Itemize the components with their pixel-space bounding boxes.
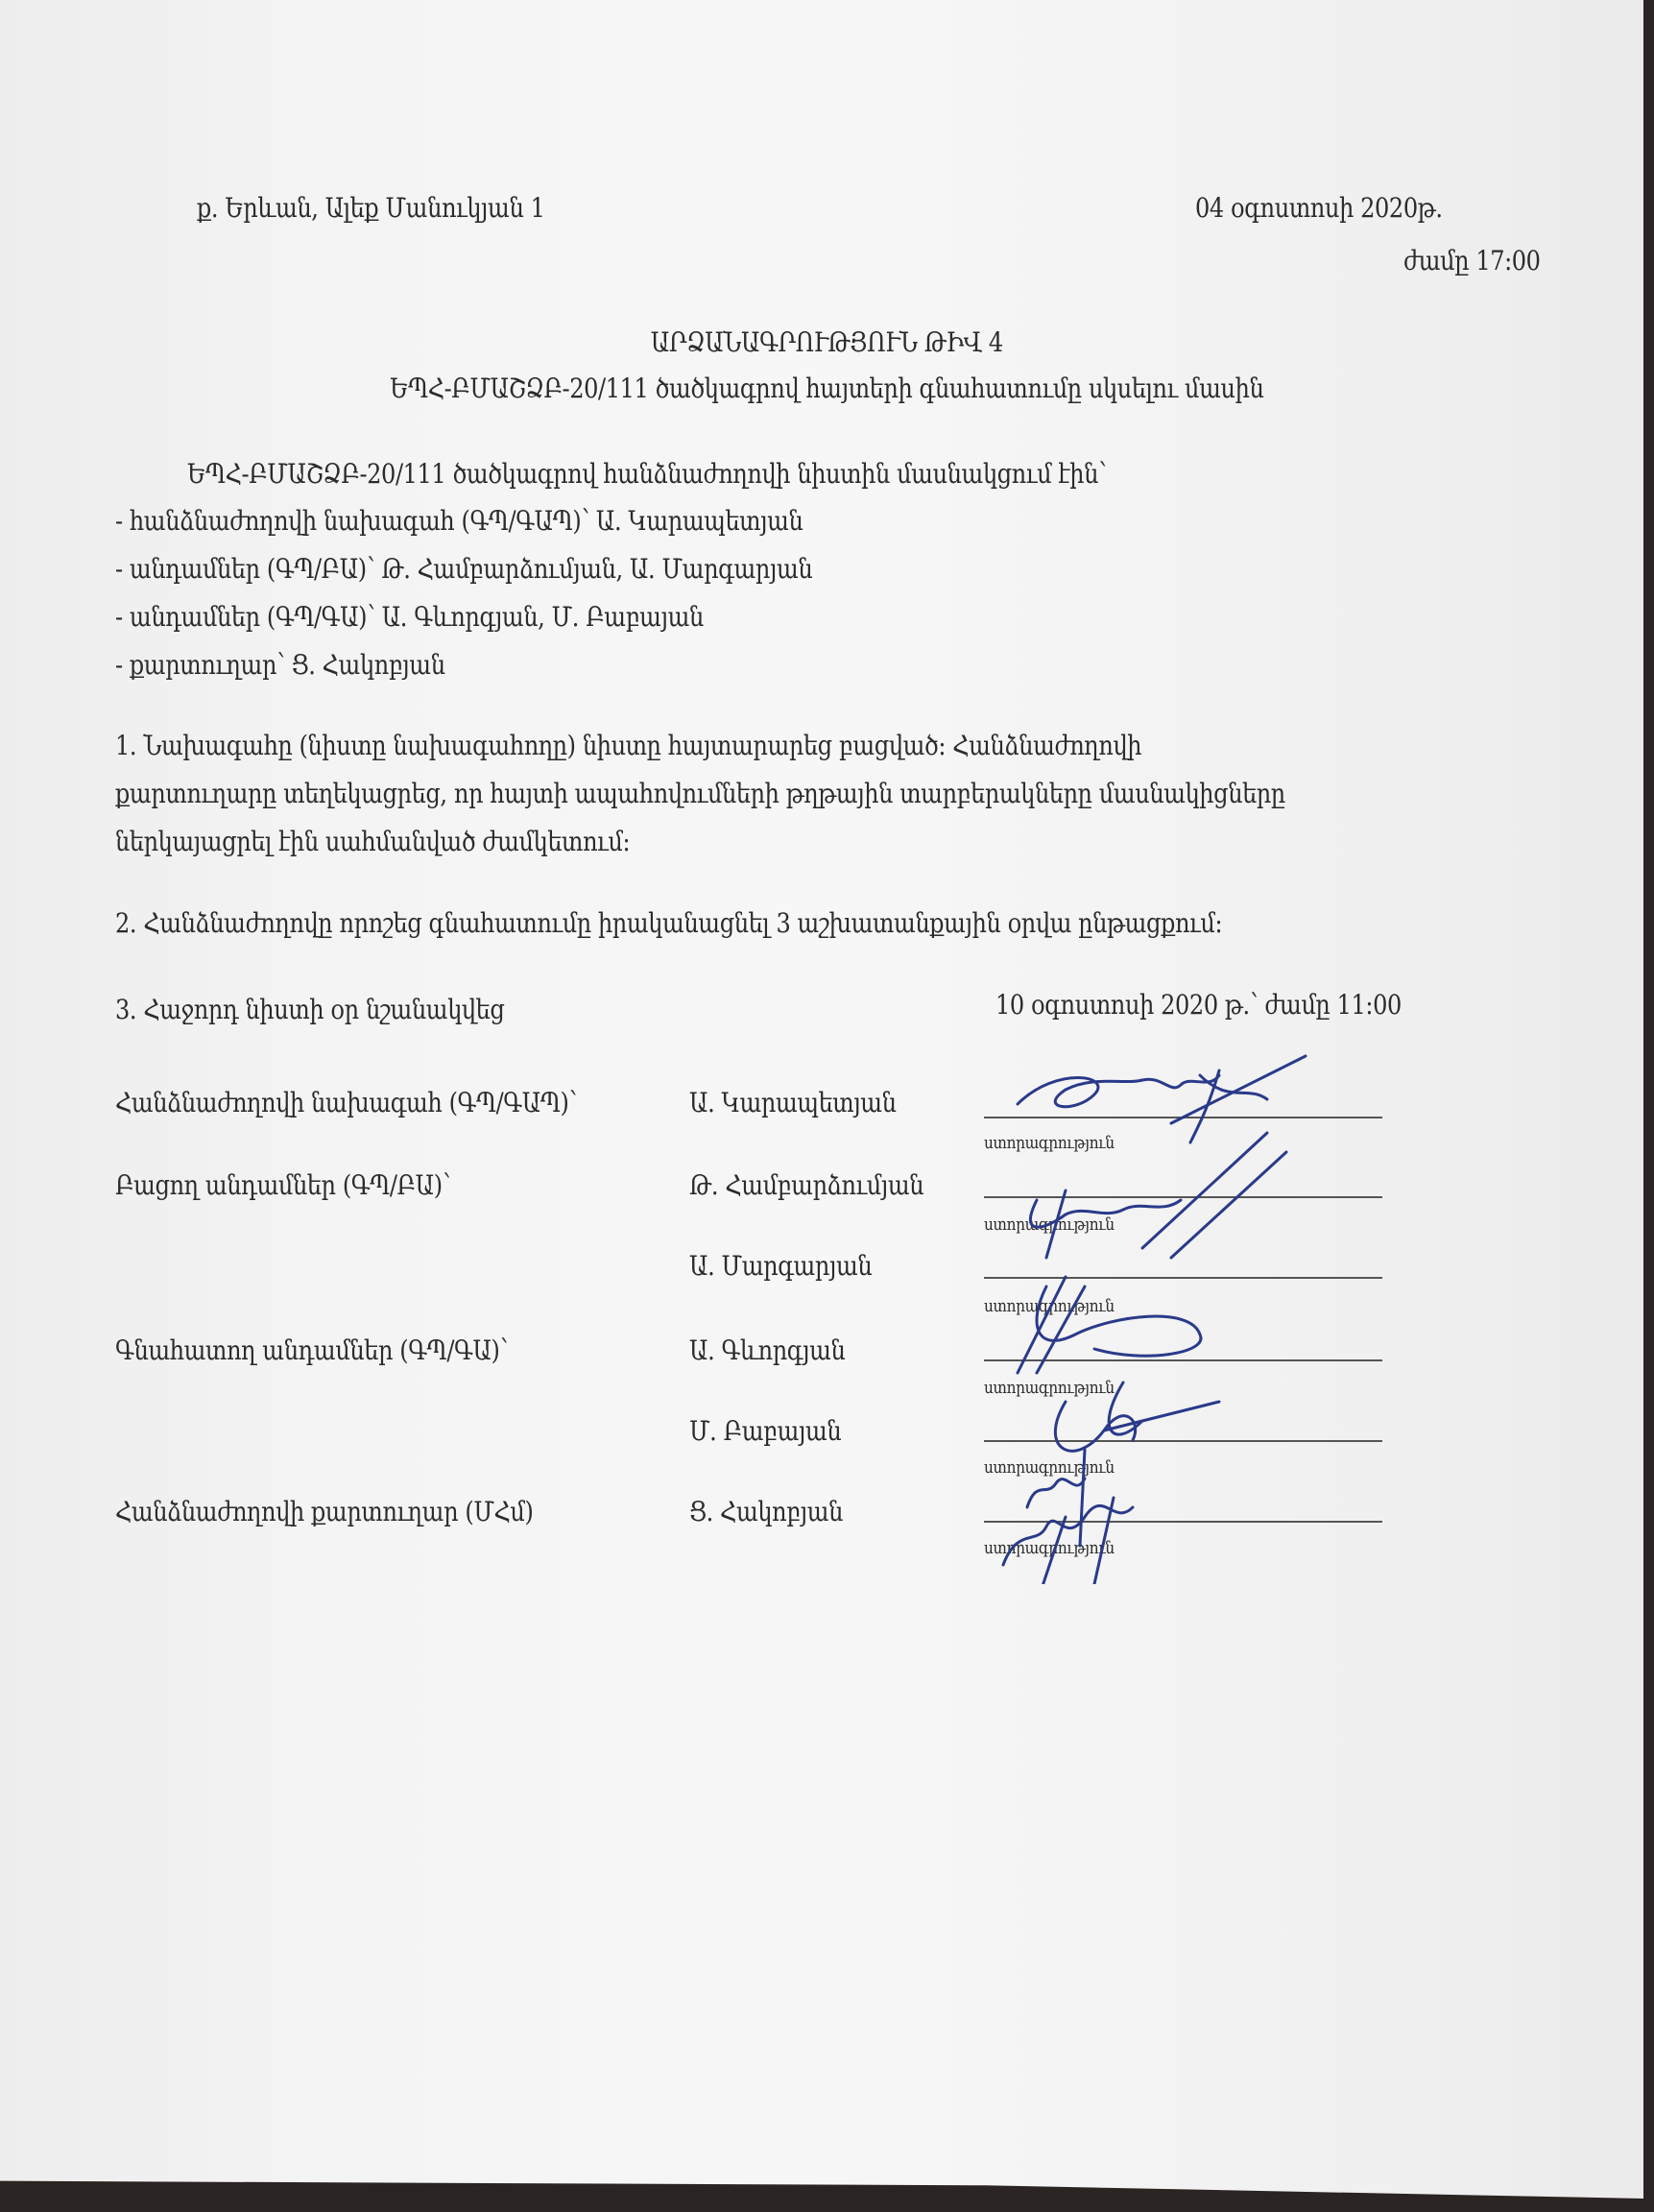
point-3-value: 10 օգոստոսի 2020 թ.՝ ժամը 11:00 [995,989,1402,1022]
sig-role: Գնահատող անդամներ (ԳՊ/ԳԱ)՝ [115,1334,508,1367]
document-subtitle: ԵՊՀ-ԲՄԱՇՁԲ-20/111 ծածկագրով հայտերի գնահ… [0,373,1654,405]
document-page: ք. Երևան, Ալեք Մանուկյան 1 04 օգոստոսի 2… [0,0,1643,2199]
handwritten-signatures-icon [979,1046,1382,1584]
member-opening: - անդամներ (ԳՊ/ԲԱ)՝ Թ. Համբարձումյան, Ա.… [115,548,1651,589]
point-3-label: 3. Հաջորդ նիստի օր նշանակվեց [115,989,1651,1030]
sig-name: Ա. Գևորգյան [689,1334,845,1367]
point-1-line-3: ներկայացրել էին սահմանված ժամկետում: [115,821,1651,862]
address: ք. Երևան, Ալեք Մանուկյան 1 [197,192,544,225]
sig-name: Ա. Մարգարյան [689,1250,872,1283]
point-2: 2. Հանձնաժողովը որոշեց գնահատումը իրական… [115,902,1651,944]
sig-name: Թ. Համբարձումյան [689,1169,923,1202]
sig-role: Հանձնաժողովի քարտուղար (ՄՀմ) [115,1496,533,1528]
document-time: ժամը 17:00 [1403,245,1541,277]
document-title: ԱՐՁԱՆԱԳՐՈՒԹՅՈՒՆ ԹԻՎ 4 [0,326,1654,359]
document-date: 04 օգոստոսի 2020թ. [1195,192,1443,225]
member-secretary: - քարտուղար՝ Ց. Հակոբյան [115,644,1651,685]
intro-lead: ԵՊՀ-ԲՄԱՇՁԲ-20/111 ծածկագրով հանձնաժողովի… [187,453,1654,494]
point-1-line-2: քարտուղարը տեղեկացրեց, որ հայտի ապահովու… [115,773,1651,814]
sig-name: Մ. Բաբայան [689,1415,841,1448]
sig-name: Ց. Հակոբյան [689,1496,843,1528]
member-chair: - հանձնաժողովի նախագահ (ԳՊ/ԳԱՊ)՝ Ա. Կարա… [115,500,1651,541]
sig-role: Հանձնաժողովի նախագահ (ԳՊ/ԳԱՊ)՝ [115,1087,577,1119]
sig-role: Բացող անդամներ (ԳՊ/ԲԱ)՝ [115,1169,450,1202]
member-evaluating: - անդամներ (ԳՊ/ԳԱ)՝ Ա. Գևորգյան, Մ. Բաբա… [115,596,1651,637]
sig-name: Ա. Կարապետյան [689,1087,897,1119]
point-1-line-1: 1. Նախագահը (նիստը նախագահողը) նիստը հայ… [115,725,1651,766]
